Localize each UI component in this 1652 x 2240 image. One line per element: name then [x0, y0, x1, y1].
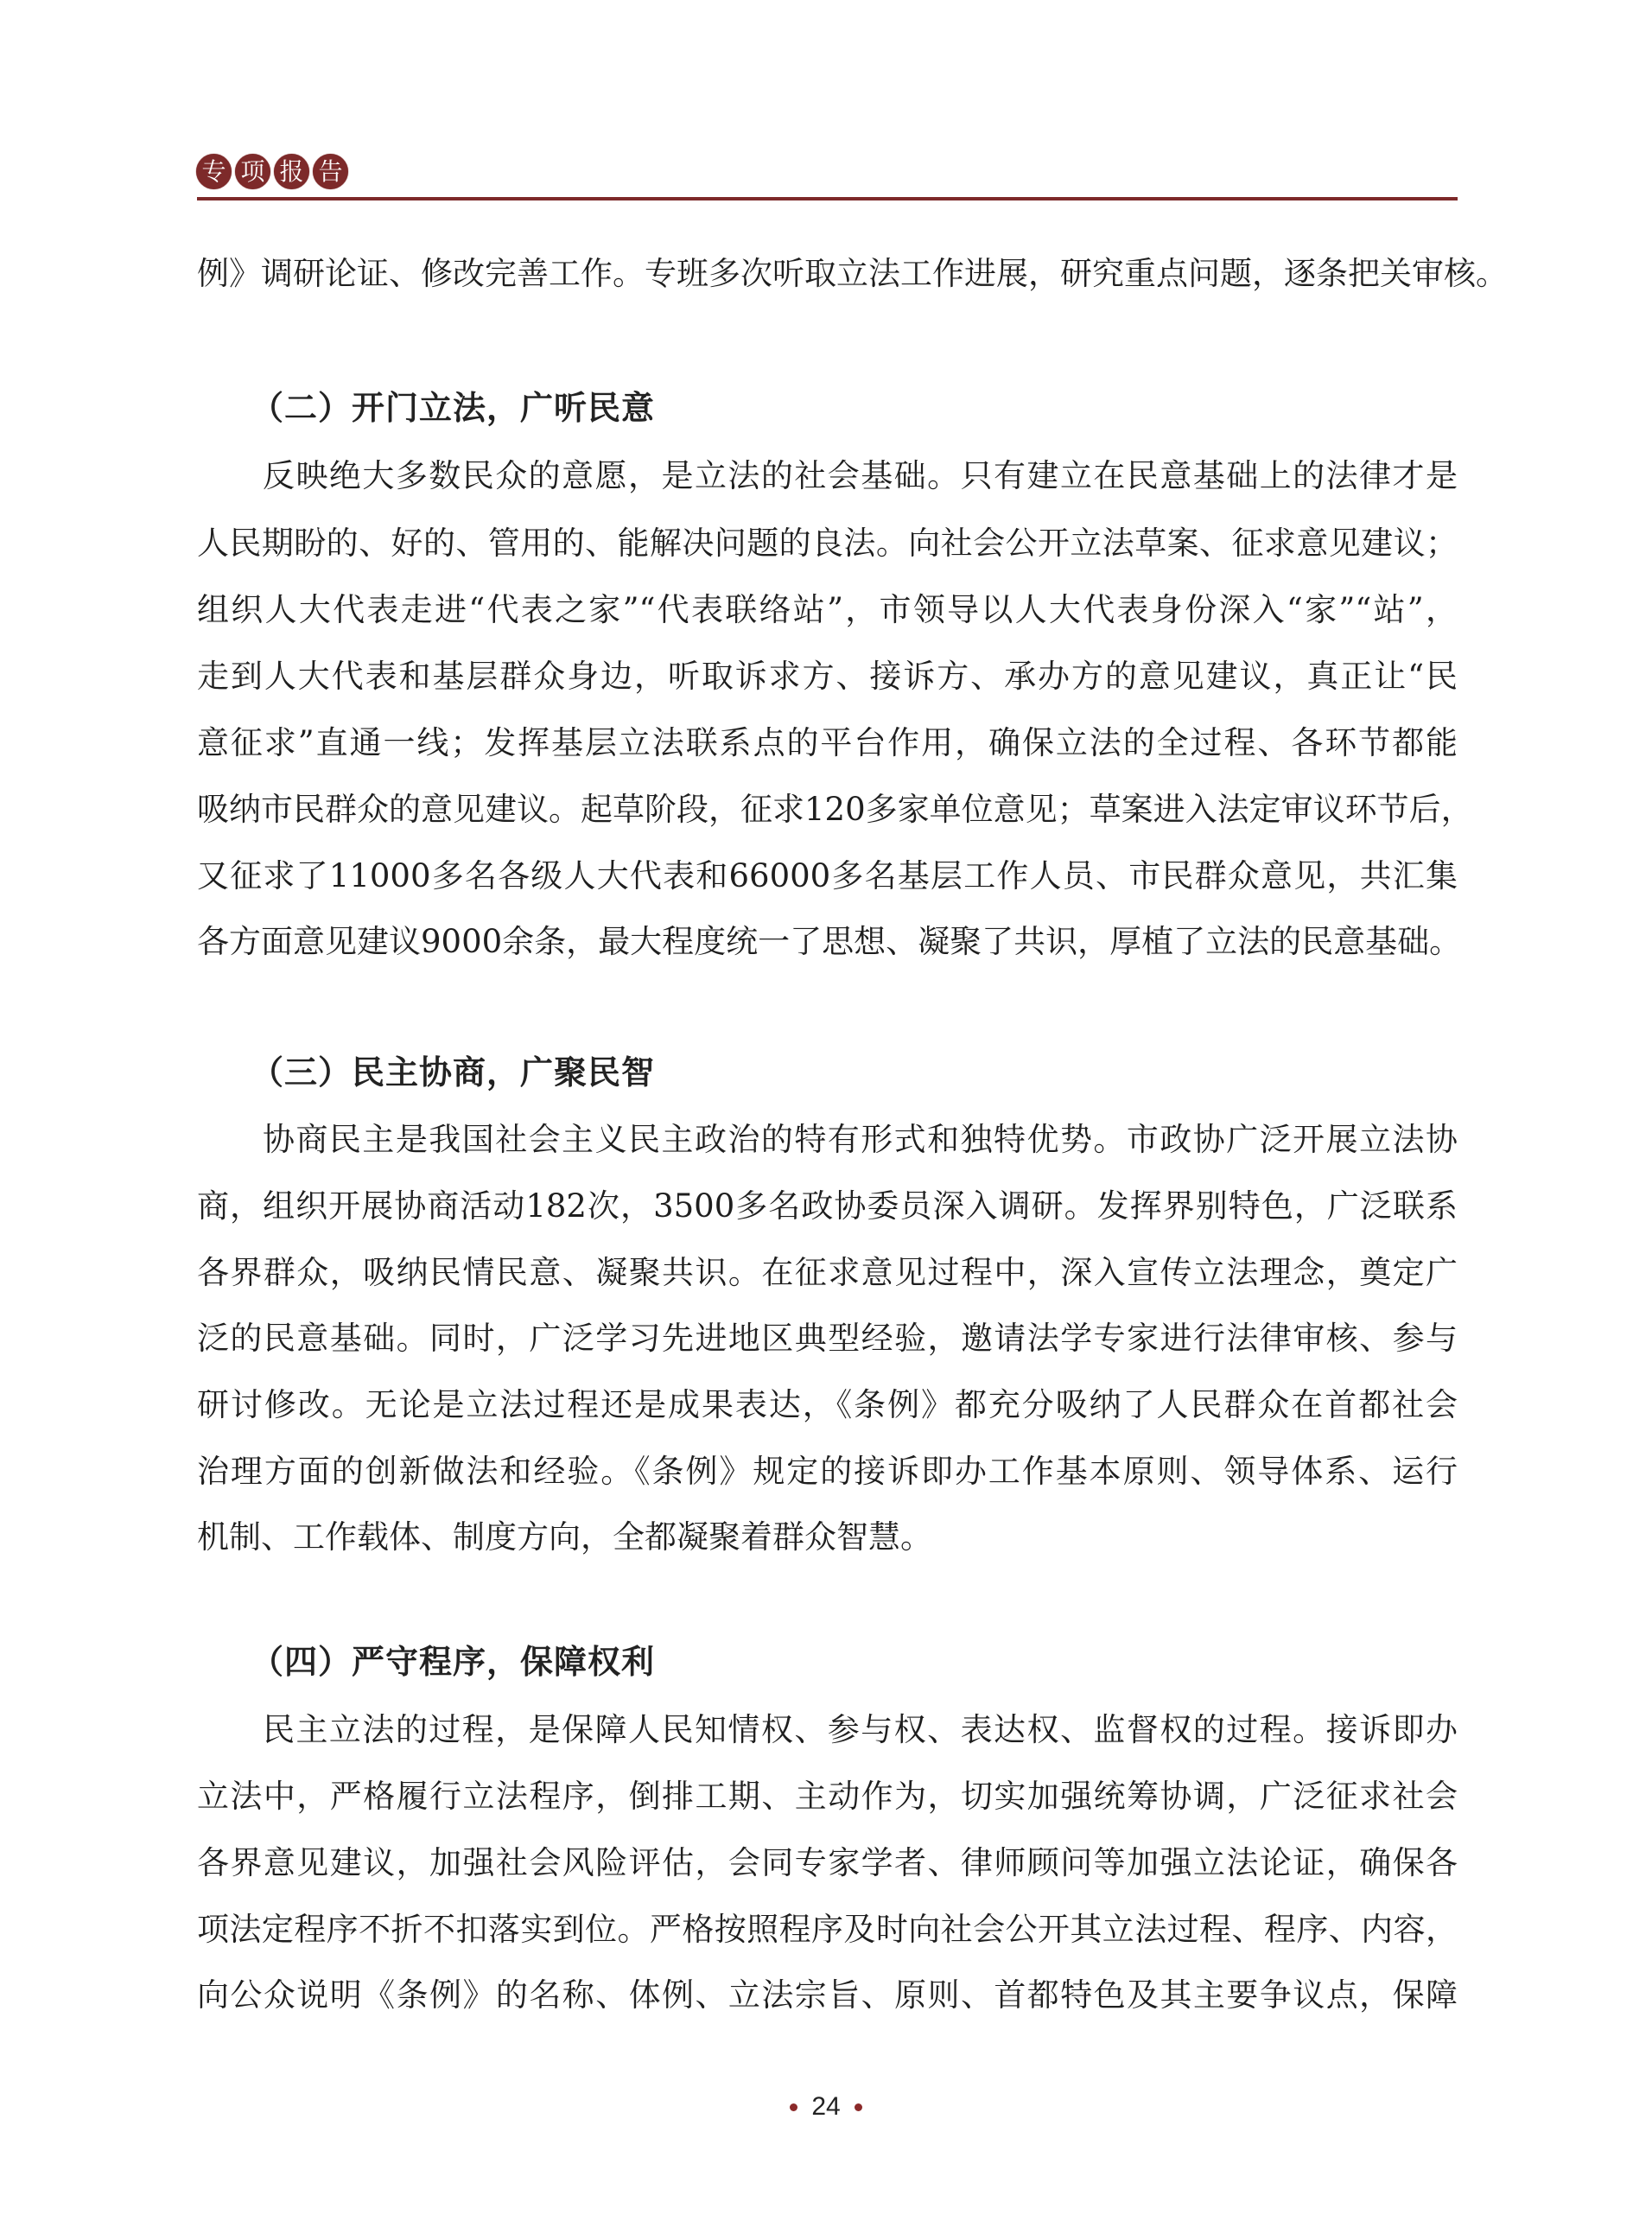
body-text-line: 立法中，严格履行立法程序，倒排工期、主动作为，切实加强统筹协调，广泛征求社会 [197, 1776, 1458, 1817]
body-text-line: 走到人大代表和基层群众身边，听取诉求方、接诉方、承办方的意见建议，真正让“民 [197, 656, 1458, 697]
body-text-line: 各方面意见建议9000余条，最大程度统一了思想、凝聚了共识，厚植了立法的民意基础… [197, 921, 1458, 963]
body-text-line: 项法定程序不折不扣落实到位。严格按照程序及时向社会公开其立法过程、程序、内容， [197, 1909, 1458, 1950]
section-badge: 报 [274, 154, 309, 189]
section-badge: 项 [235, 154, 270, 189]
body-text-line: 泛的民意基础。同时，广泛学习先进地区典型经验，邀请法学专家进行法律审核、参与 [197, 1318, 1458, 1359]
body-text-line: 各界意见建议，加强社会风险评估，会同专家学者、律师顾问等加强立法论证，确保各 [197, 1842, 1458, 1884]
body-text-line: 民主立法的过程，是保障人民知情权、参与权、表达权、监督权的过程。接诉即办 [263, 1709, 1458, 1751]
body-text-line: 组织人大代表走进“代表之家”“代表联络站”，市领导以人大代表身份深入“家”“站”… [197, 589, 1458, 631]
body-text-line: 人民期盼的、好的、管用的、能解决问题的良法。向社会公开立法草案、征求意见建议； [197, 523, 1458, 564]
body-text-line: 例》调研论证、修改完善工作。专班多次听取立法工作进展，研究重点问题，逐条把关审核… [197, 253, 1458, 295]
body-text-line: 协商民主是我国社会主义民主政治的特有形式和独特优势。市政协广泛开展立法协 [263, 1119, 1458, 1161]
section-heading: （二）开门立法，广听民意 [251, 387, 655, 429]
bullet-dot-icon [790, 2103, 797, 2111]
section-heading: （三）民主协商，广聚民智 [251, 1052, 655, 1093]
section-heading: （四）严守程序，保障权利 [251, 1641, 655, 1683]
body-text-line: 意征求”直通一线；发挥基层立法联系点的平台作用，确保立法的全过程、各环节都能 [197, 722, 1458, 764]
document-page: 专 项 报 告 例》调研论证、修改完善工作。专班多次听取立法工作进展，研究重点问… [0, 0, 1652, 2240]
section-badge: 告 [313, 154, 348, 189]
body-text-line: 机制、工作载体、制度方向，全都凝聚着群众智慧。 [197, 1517, 1458, 1558]
body-text-line: 商，组织开展协商活动182次，3500多名政协委员深入调研。发挥界别特色，广泛联… [197, 1186, 1458, 1227]
section-badge-group: 专 项 报 告 [196, 154, 348, 190]
page-number-text: 24 [811, 2090, 840, 2124]
body-text-line: 治理方面的创新做法和经验。《条例》规定的接诉即办工作基本原则、领导体系、运行 [197, 1451, 1458, 1492]
body-text-line: 向公众说明《条例》的名称、体例、立法宗旨、原则、首都特色及其主要争议点，保障 [197, 1975, 1458, 2016]
body-text-line: 各界群众，吸纳民情民意、凝聚共识。在征求意见过程中，深入宣传立法理念，奠定广 [197, 1252, 1458, 1294]
section-badge: 专 [196, 154, 232, 189]
header-divider [197, 197, 1458, 200]
body-text-line: 反映绝大多数民众的意愿，是立法的社会基础。只有建立在民意基础上的法律才是 [263, 455, 1458, 497]
bullet-dot-icon [855, 2103, 862, 2111]
body-text-line: 研讨修改。无论是立法过程还是成果表达，《条例》都充分吸纳了人民群众在首都社会 [197, 1384, 1458, 1426]
page-number: 24 [0, 2090, 1652, 2124]
body-text-line: 吸纳市民群众的意见建议。起草阶段，征求120多家单位意见；草案进入法定审议环节后… [197, 789, 1458, 830]
body-text-line: 又征求了11000多名各级人大代表和66000多名基层工作人员、市民群众意见，共… [197, 856, 1458, 897]
